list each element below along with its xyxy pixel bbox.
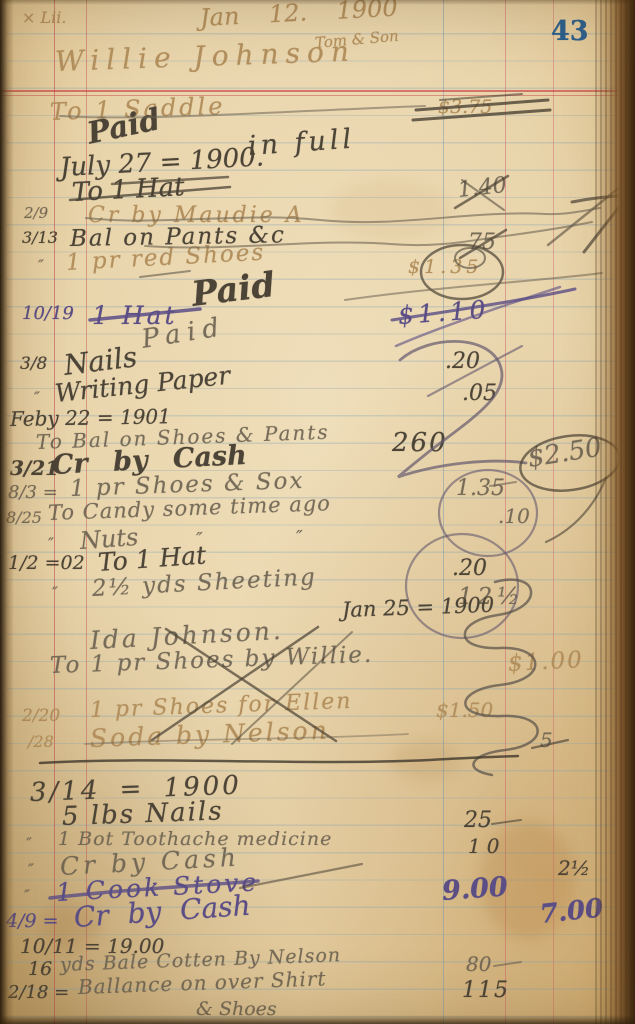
entry-date: 10/19 [22, 305, 74, 323]
entry-date: 2/9 [24, 206, 48, 221]
entry-amount: $1.35 [408, 258, 482, 277]
entry-date: 1/2 =02 [8, 554, 85, 573]
column-line-blue [443, 0, 444, 1024]
entry-amount: 5 [540, 730, 553, 750]
entry-amount: 75 [468, 232, 496, 254]
ditto-mark: ″ [296, 529, 303, 547]
entry-date: ″ [34, 390, 40, 406]
entry-date: ″ [52, 585, 58, 601]
entry-date: 3/13 [22, 230, 58, 246]
entry-amount: .05 [462, 383, 497, 405]
page-edge-bottom [0, 1015, 635, 1024]
page-edge-left [0, 0, 14, 1024]
entry-date: 2/20 [22, 708, 60, 725]
entry-amount: $1.10 [397, 297, 490, 328]
binding-edge [595, 0, 635, 1024]
entry-amount: 115 [462, 980, 510, 1002]
entry-desc: Jan 25 = 1900 [342, 595, 495, 621]
entry-amount: $3.75 [438, 98, 492, 117]
stain [390, 740, 460, 780]
ledger-page: × Lii. Jan 12. 1900 43 Tom & Son Willie … [0, 0, 635, 1024]
entry-date: ″ [24, 888, 30, 904]
entry-date: ″ [28, 862, 34, 878]
entry-amount: 1.40 [457, 175, 508, 202]
entry-date: ″ [26, 836, 32, 852]
entry-amount: 80 [466, 954, 491, 974]
margin-amount: 2½ [558, 858, 590, 878]
entry-amount: .20 [452, 558, 487, 580]
stain [330, 180, 450, 240]
entry-amount: 25 [464, 810, 492, 832]
entry-desc: To 1 Hat [71, 174, 185, 206]
entry-date: ″ [48, 536, 54, 552]
entry-amount: .10 [498, 506, 530, 526]
entry-date: /28 [28, 734, 54, 750]
entry-amount: $1.00 [507, 649, 584, 676]
entry-amount: 260 [392, 430, 448, 456]
entry-date: 8/3 = [8, 484, 58, 502]
entry-date: ″ [38, 258, 44, 274]
entry-date: 3/8 [20, 356, 47, 373]
entry-amount: .20 [445, 351, 480, 373]
paid-annotation: Paid [190, 268, 277, 312]
entry-date: 2/18 = [8, 984, 69, 1002]
entry-amount: $1.50 [436, 700, 493, 720]
entry-desc: 5 lbs Nails [62, 798, 224, 830]
corner-mark: × Lii. [22, 10, 66, 26]
entry-amount: 1.35 [456, 478, 505, 500]
page-number: 43 [551, 18, 589, 45]
page-edge-top [0, 0, 635, 5]
entry-amount: 10 [468, 836, 505, 856]
entry-date: 16 [28, 960, 52, 979]
head-rule-red-1 [0, 90, 635, 92]
entry-amount: 9.00 [441, 873, 508, 905]
